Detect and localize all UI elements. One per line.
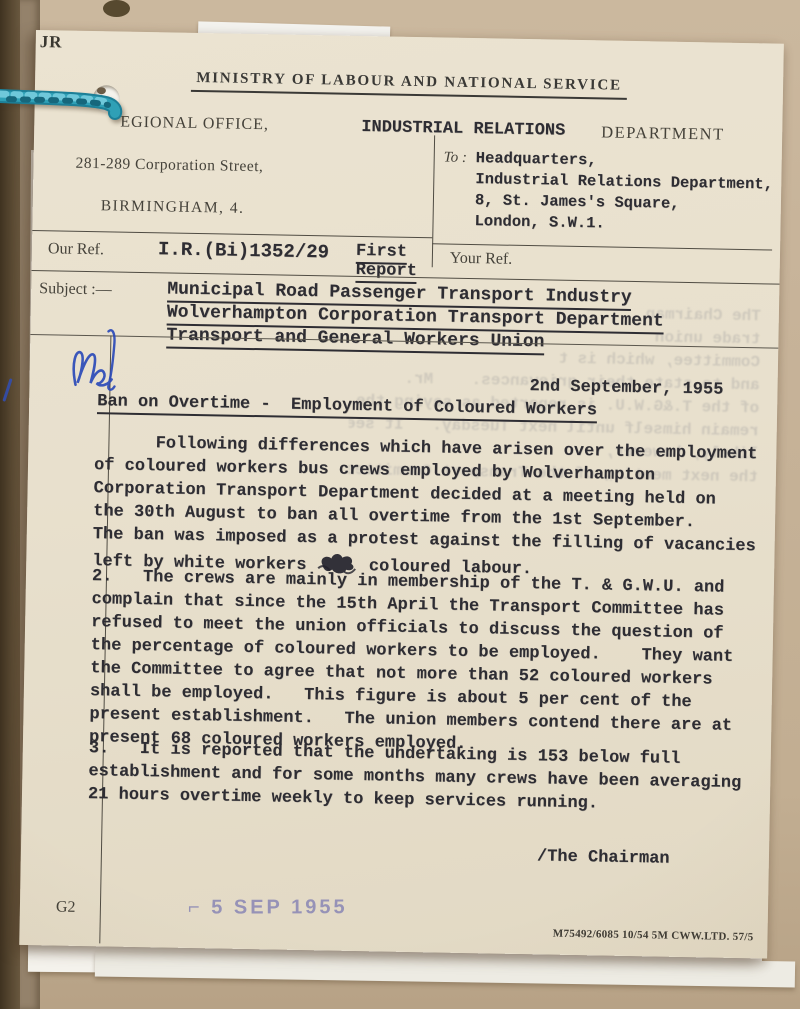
paragraph-1: Following differences which have arisen … [92,431,758,585]
archive-folder-scene: JR MINISTRY OF LABOUR AND NATIONAL SERVI… [0,0,800,1009]
ref-annotation-report: Report [355,261,417,284]
signature-line: /The Chairman [537,847,670,868]
corner-initials: JR [40,32,63,52]
subject-label: Subject :— [39,280,112,299]
letter-page: JR MINISTRY OF LABOUR AND NATIONAL SERVI… [19,30,784,959]
folder-spine-edge [0,0,22,1009]
recipient-address: Headquarters, Industrial Relations Depar… [474,148,773,237]
paragraph-1-lines: Following differences which have arisen … [93,433,758,556]
folio-mark: G2 [56,899,76,917]
to-label: To : [444,149,468,166]
date-line: 2nd September, 1955 [529,377,723,400]
sender-street: 281-289 Corporation Street, [75,155,263,176]
industrial-relations-typed: INDUSTRIAL RELATIONS [361,118,565,141]
printers-code: M75492/6085 10/54 5M CWW.LTD. 57/5 [553,928,754,944]
treasury-tag-cord [0,80,150,140]
handwritten-initials-mark [67,323,134,402]
sender-city: BIRMINGHAM, 4. [101,197,245,218]
rule-left-column [32,230,432,238]
punch-hole-back-sheet [103,0,130,17]
form-vertical-divider [432,135,435,267]
our-ref-value: I.R.(Bi)1352/29 [158,238,329,263]
our-ref-label: Our Ref. [48,240,104,259]
paragraph-3: 3. It is reported that the undertaking i… [88,737,742,818]
ministry-title: MINISTRY OF LABOUR AND NATIONAL SERVICE [191,70,627,100]
paragraph-2: 2. The crews are mainly in membership of… [89,565,735,761]
department-label: DEPARTMENT [601,122,725,144]
received-date-stamp: ⌐ 5 SEP 1955 [188,896,348,919]
your-ref-label: Your Ref. [450,250,513,269]
